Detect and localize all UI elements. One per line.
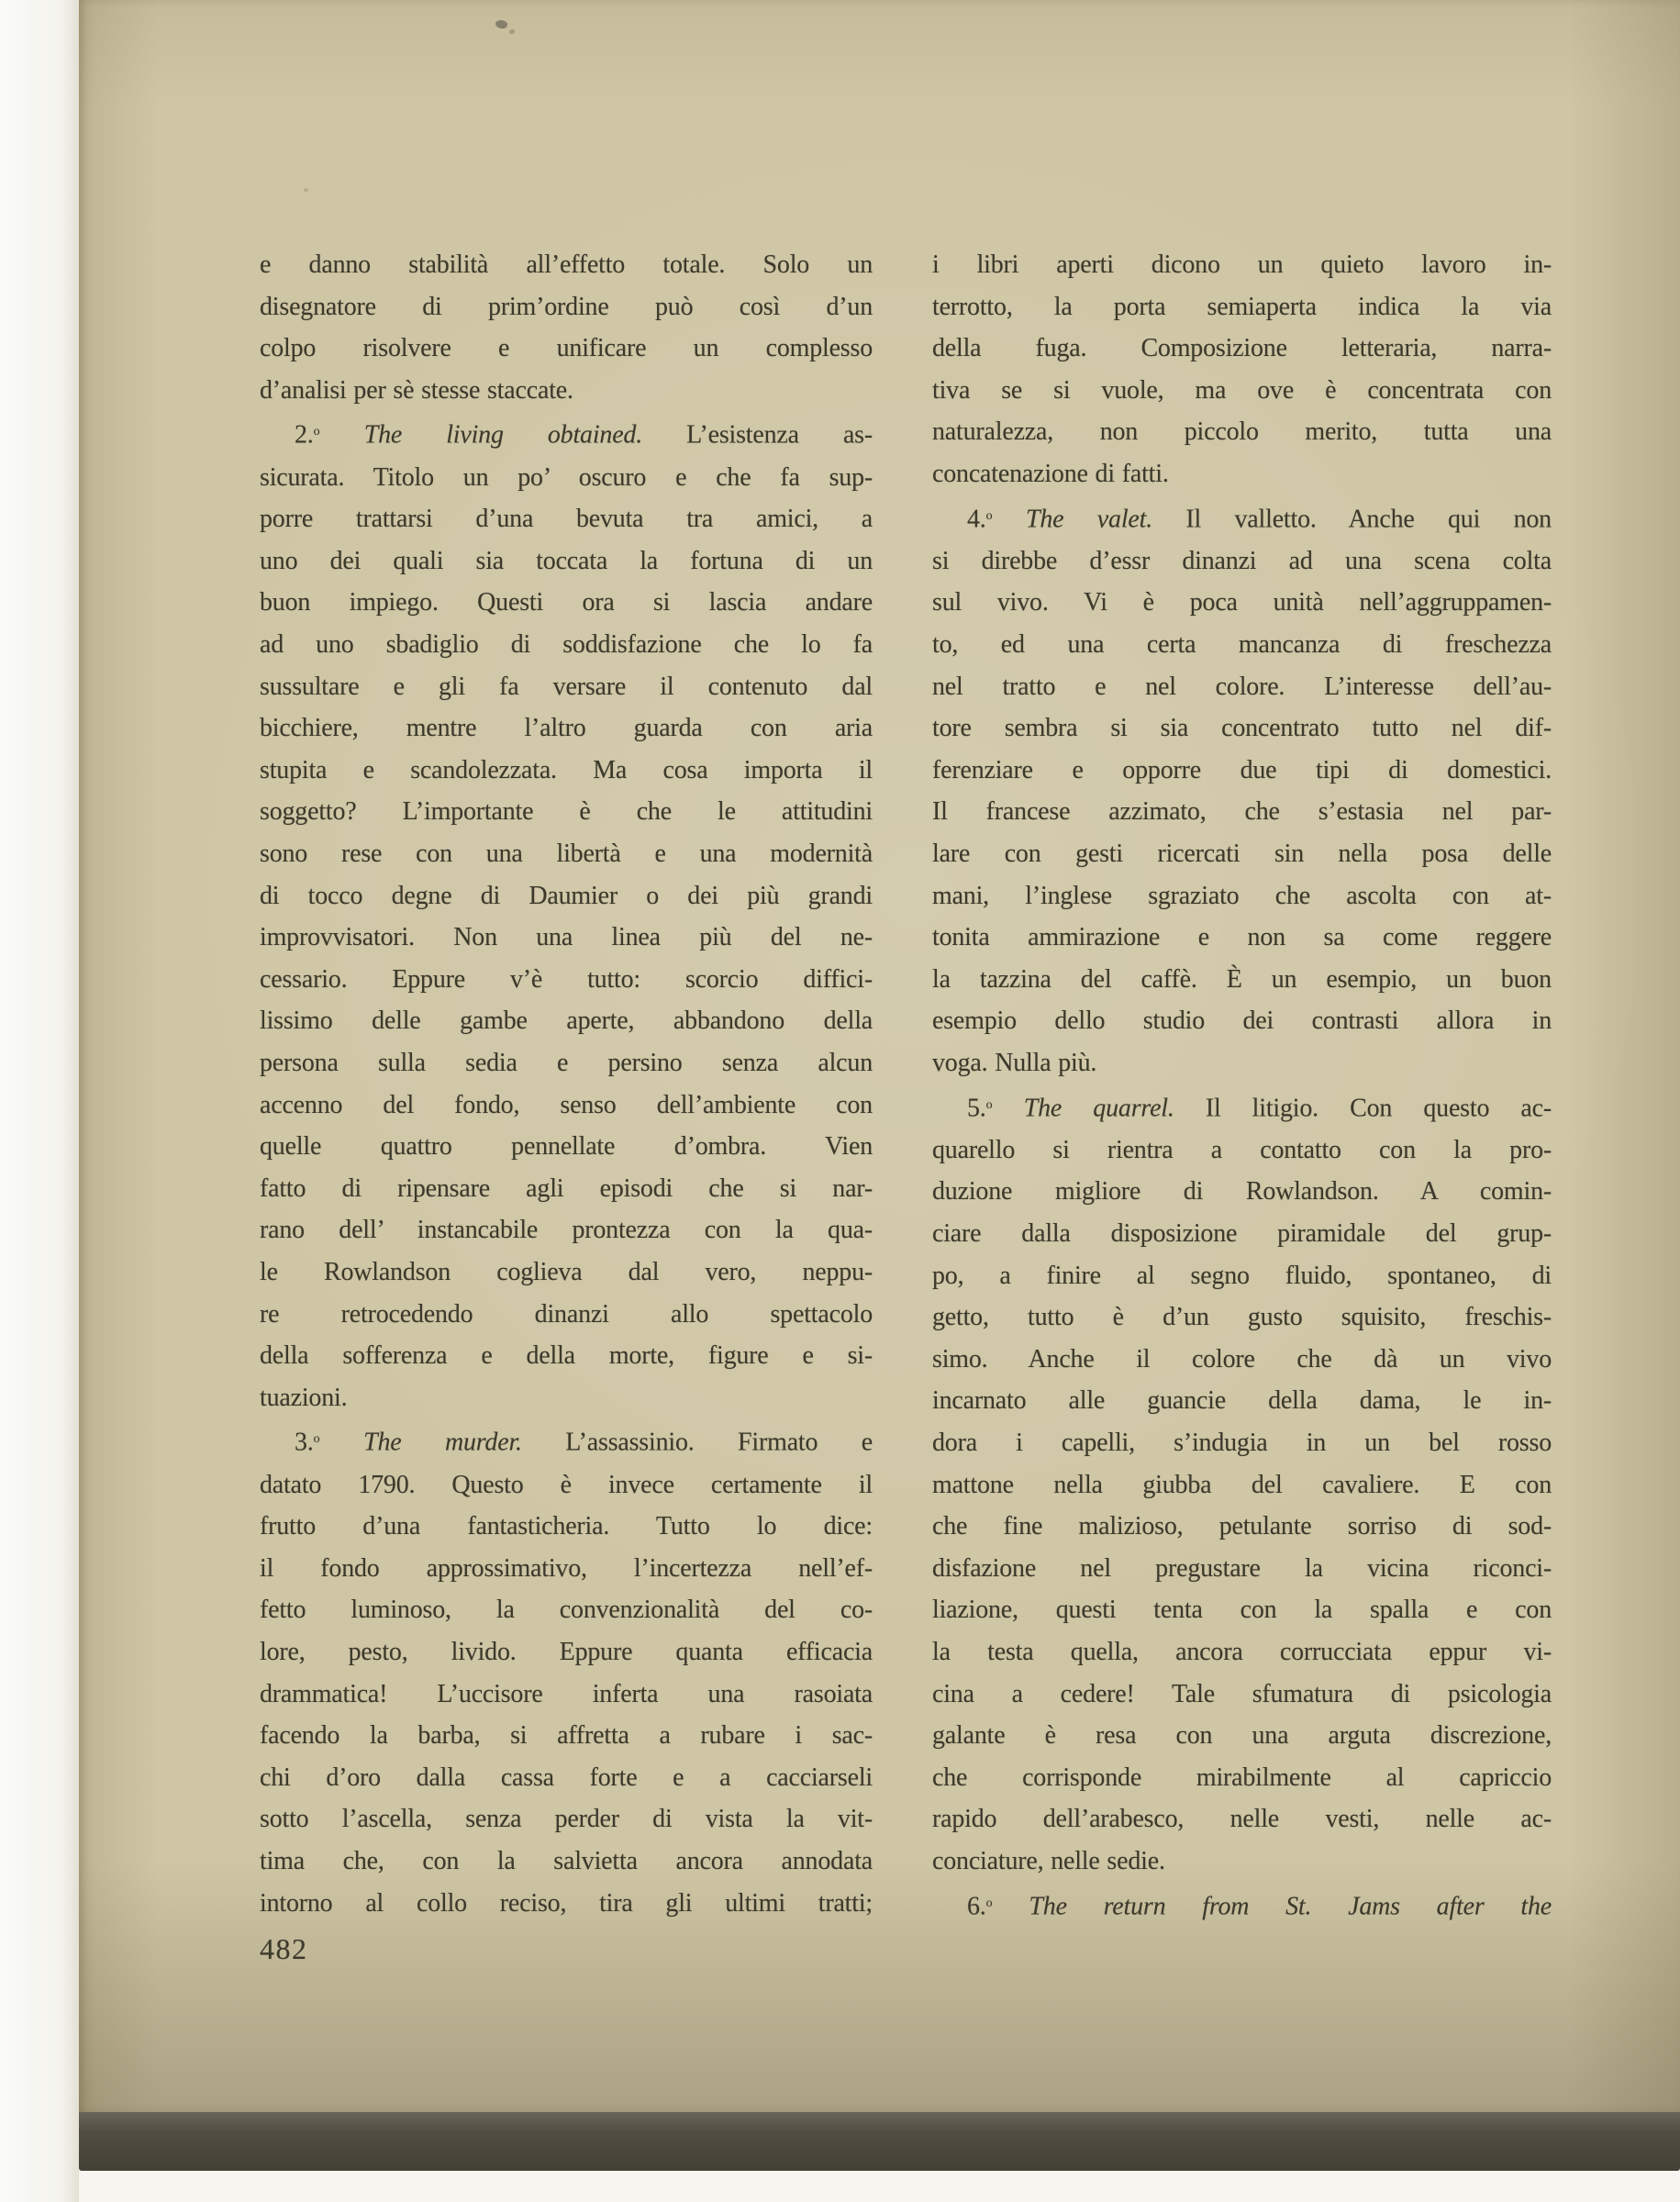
text-line: i libri aperti dicono un quieto lavoro i…	[932, 244, 1552, 286]
text-line: chi d’oro dalla cassa forte e a cacciars…	[260, 1757, 873, 1799]
text-line: fatto di ripensare agli episodi che si n…	[260, 1168, 873, 1210]
text-line: 5.o The quarrel. Il litigio. Con questo …	[932, 1084, 1552, 1129]
text-line: si direbbe d’essr dinanzi ad una scena c…	[932, 540, 1552, 583]
text-line: rapido dell’arabesco, nelle vesti, nelle…	[932, 1798, 1552, 1841]
text-line: tore sembra si sia concentrato tutto nel…	[932, 707, 1552, 750]
text-line: simo. Anche il colore che dà un vivo	[932, 1339, 1552, 1381]
text-line: che corrisponde mirabilmente al capricci…	[932, 1757, 1552, 1799]
text-line: sotto l’ascella, senza perder di vista l…	[260, 1798, 873, 1841]
scanned-book-page: e danno stabilità all’effetto totale. So…	[0, 0, 1680, 2202]
text-line: naturalezza, non piccolo merito, tutta u…	[932, 411, 1552, 453]
text-line: sussultare e gli fa versare il contenuto…	[260, 666, 873, 708]
text-line: buon impiego. Questi ora si lascia andar…	[260, 582, 873, 624]
text-line: d’analisi per sè stesse staccate.	[260, 370, 873, 412]
text-line: ciare dalla disposizione piramidale del …	[932, 1213, 1552, 1255]
text-line: fetto luminoso, la convenzionalità del c…	[260, 1589, 873, 1631]
text-line: tiva se si vuole, ma ove è concentrata c…	[932, 370, 1552, 412]
text-line: lissimo delle gambe aperte, abbandono de…	[260, 1000, 873, 1042]
page-number: 482	[260, 1932, 308, 1966]
text-line: della fuga. Composizione letteraria, nar…	[932, 328, 1552, 370]
text-line: datato 1790. Questo è invece certamente …	[260, 1464, 873, 1507]
text-line: galante è resa con una arguta discrezion…	[932, 1715, 1552, 1757]
text-line: incarnato alle guancie della dama, le in…	[932, 1380, 1552, 1422]
text-line: concatenazione di fatti.	[932, 453, 1552, 495]
text-line: cessario. Eppure v’è tutto: scorcio diff…	[260, 959, 873, 1001]
text-line: persona sulla sedia e persino senza alcu…	[260, 1042, 873, 1084]
text-line: tonita ammirazione e non sa come reggere	[932, 917, 1552, 959]
text-line: le Rowlandson coglieva dal vero, neppu-	[260, 1251, 873, 1294]
text-line: 2.o The living obtained. L’esistenza as-	[260, 411, 873, 456]
text-line: disfazione nel pregustare la vicina rico…	[932, 1548, 1552, 1590]
text-line: re retrocedendo dinanzi allo spettacolo	[260, 1294, 873, 1336]
text-line: quelle quattro pennellate d’ombra. Vien	[260, 1126, 873, 1168]
text-line: bicchiere, mentre l’altro guarda con ari…	[260, 707, 873, 750]
text-line: di tocco degne di Daumier o dei più gran…	[260, 875, 873, 917]
text-line: rano dell’ instancabile prontezza con la…	[260, 1209, 873, 1251]
text-line: facendo la barba, si affretta a rubare i…	[260, 1715, 873, 1757]
text-line: mattone nella giubba del cavaliere. E co…	[932, 1464, 1552, 1507]
text-line: 3.o The murder. L’assassinio. Firmato e	[260, 1418, 873, 1463]
text-line: 6.o The return from St. Jams after the	[932, 1883, 1552, 1928]
text-line: drammatica! L’uccisore inferta una rasoi…	[260, 1674, 873, 1716]
text-line: tima che, con la salvietta ancora annoda…	[260, 1841, 873, 1883]
text-line: esempio dello studio dei contrasti allor…	[932, 1000, 1552, 1042]
text-line: po, a finire al segno fluido, spontaneo,…	[932, 1255, 1552, 1297]
text-line: la tazzina del caffè. È un esempio, un b…	[932, 959, 1552, 1001]
text-line: porre trattarsi d’una bevuta tra amici, …	[260, 498, 873, 540]
text-line: to, ed una certa mancanza di freschezza	[932, 624, 1552, 666]
text-line: getto, tutto è d’un gusto squisito, fres…	[932, 1296, 1552, 1339]
text-line: sul vivo. Vi è poca unità nell’aggruppam…	[932, 582, 1552, 624]
text-line: improvvisatori. Non una linea più del ne…	[260, 917, 873, 959]
text-line: e danno stabilità all’effetto totale. So…	[260, 244, 873, 286]
text-line: sono rese con una libertà e una modernit…	[260, 833, 873, 875]
text-line: duzione migliore di Rowlandson. A comin-	[932, 1171, 1552, 1213]
column-right: i libri aperti dicono un quieto lavoro i…	[932, 244, 1552, 1928]
text-line: sicurata. Titolo un po’ oscuro e che fa …	[260, 457, 873, 499]
text-line: soggetto? L’importante è che le attitudi…	[260, 791, 873, 833]
scanner-bottom-band	[79, 2112, 1680, 2171]
text-line: Il francese azzimato, che s’estasia nel …	[932, 791, 1552, 833]
text-line: lore, pesto, livido. Eppure quanta effic…	[260, 1631, 873, 1674]
text-line: intorno al collo reciso, tira gli ultimi…	[260, 1883, 873, 1925]
text-line: conciature, nelle sedie.	[932, 1841, 1552, 1883]
text-line: liazione, questi tenta con la spalla e c…	[932, 1589, 1552, 1631]
text-line: accenno del fondo, senso dell’ambiente c…	[260, 1084, 873, 1127]
column-left: e danno stabilità all’effetto totale. So…	[260, 244, 873, 1924]
text-line: della sofferenza e della morte, figure e…	[260, 1335, 873, 1377]
text-line: che fine malizioso, petulante sorriso di…	[932, 1506, 1552, 1548]
text-line: voga. Nulla più.	[932, 1042, 1552, 1084]
text-line: uno dei quali sia toccata la fortuna di …	[260, 540, 873, 583]
text-line: 4.o The valet. Il valletto. Anche qui no…	[932, 495, 1552, 540]
text-line: terrotto, la porta semiaperta indica la …	[932, 286, 1552, 328]
text-line: tuazioni.	[260, 1377, 873, 1419]
text-line: frutto d’una fantasticheria. Tutto lo di…	[260, 1506, 873, 1548]
text-line: disegnatore di prim’ordine può così d’un	[260, 286, 873, 328]
text-line: cina a cedere! Tale sfumatura di psicolo…	[932, 1674, 1552, 1716]
text-line: ferenziare e opporre due tipi di domesti…	[932, 750, 1552, 792]
text-line: stupita e scandolezzata. Ma cosa importa…	[260, 750, 873, 792]
text-line: lare con gesti ricercati sin nella posa …	[932, 833, 1552, 875]
text-line: nel tratto e nel colore. L’interesse del…	[932, 666, 1552, 708]
scanner-left-margin	[0, 0, 79, 2202]
text-line: la testa quella, ancora corrucciata eppu…	[932, 1631, 1552, 1674]
text-line: quarello si rientra a contatto con la pr…	[932, 1129, 1552, 1172]
text-line: dora i capelli, s’indugia in un bel ross…	[932, 1422, 1552, 1464]
text-line: mani, l’inglese sgraziato che ascolta co…	[932, 875, 1552, 917]
text-line: ad uno sbadiglio di soddisfazione che lo…	[260, 624, 873, 666]
text-line: colpo risolvere e unificare un complesso	[260, 328, 873, 370]
text-line: il fondo approssimativo, l’incertezza ne…	[260, 1548, 873, 1590]
